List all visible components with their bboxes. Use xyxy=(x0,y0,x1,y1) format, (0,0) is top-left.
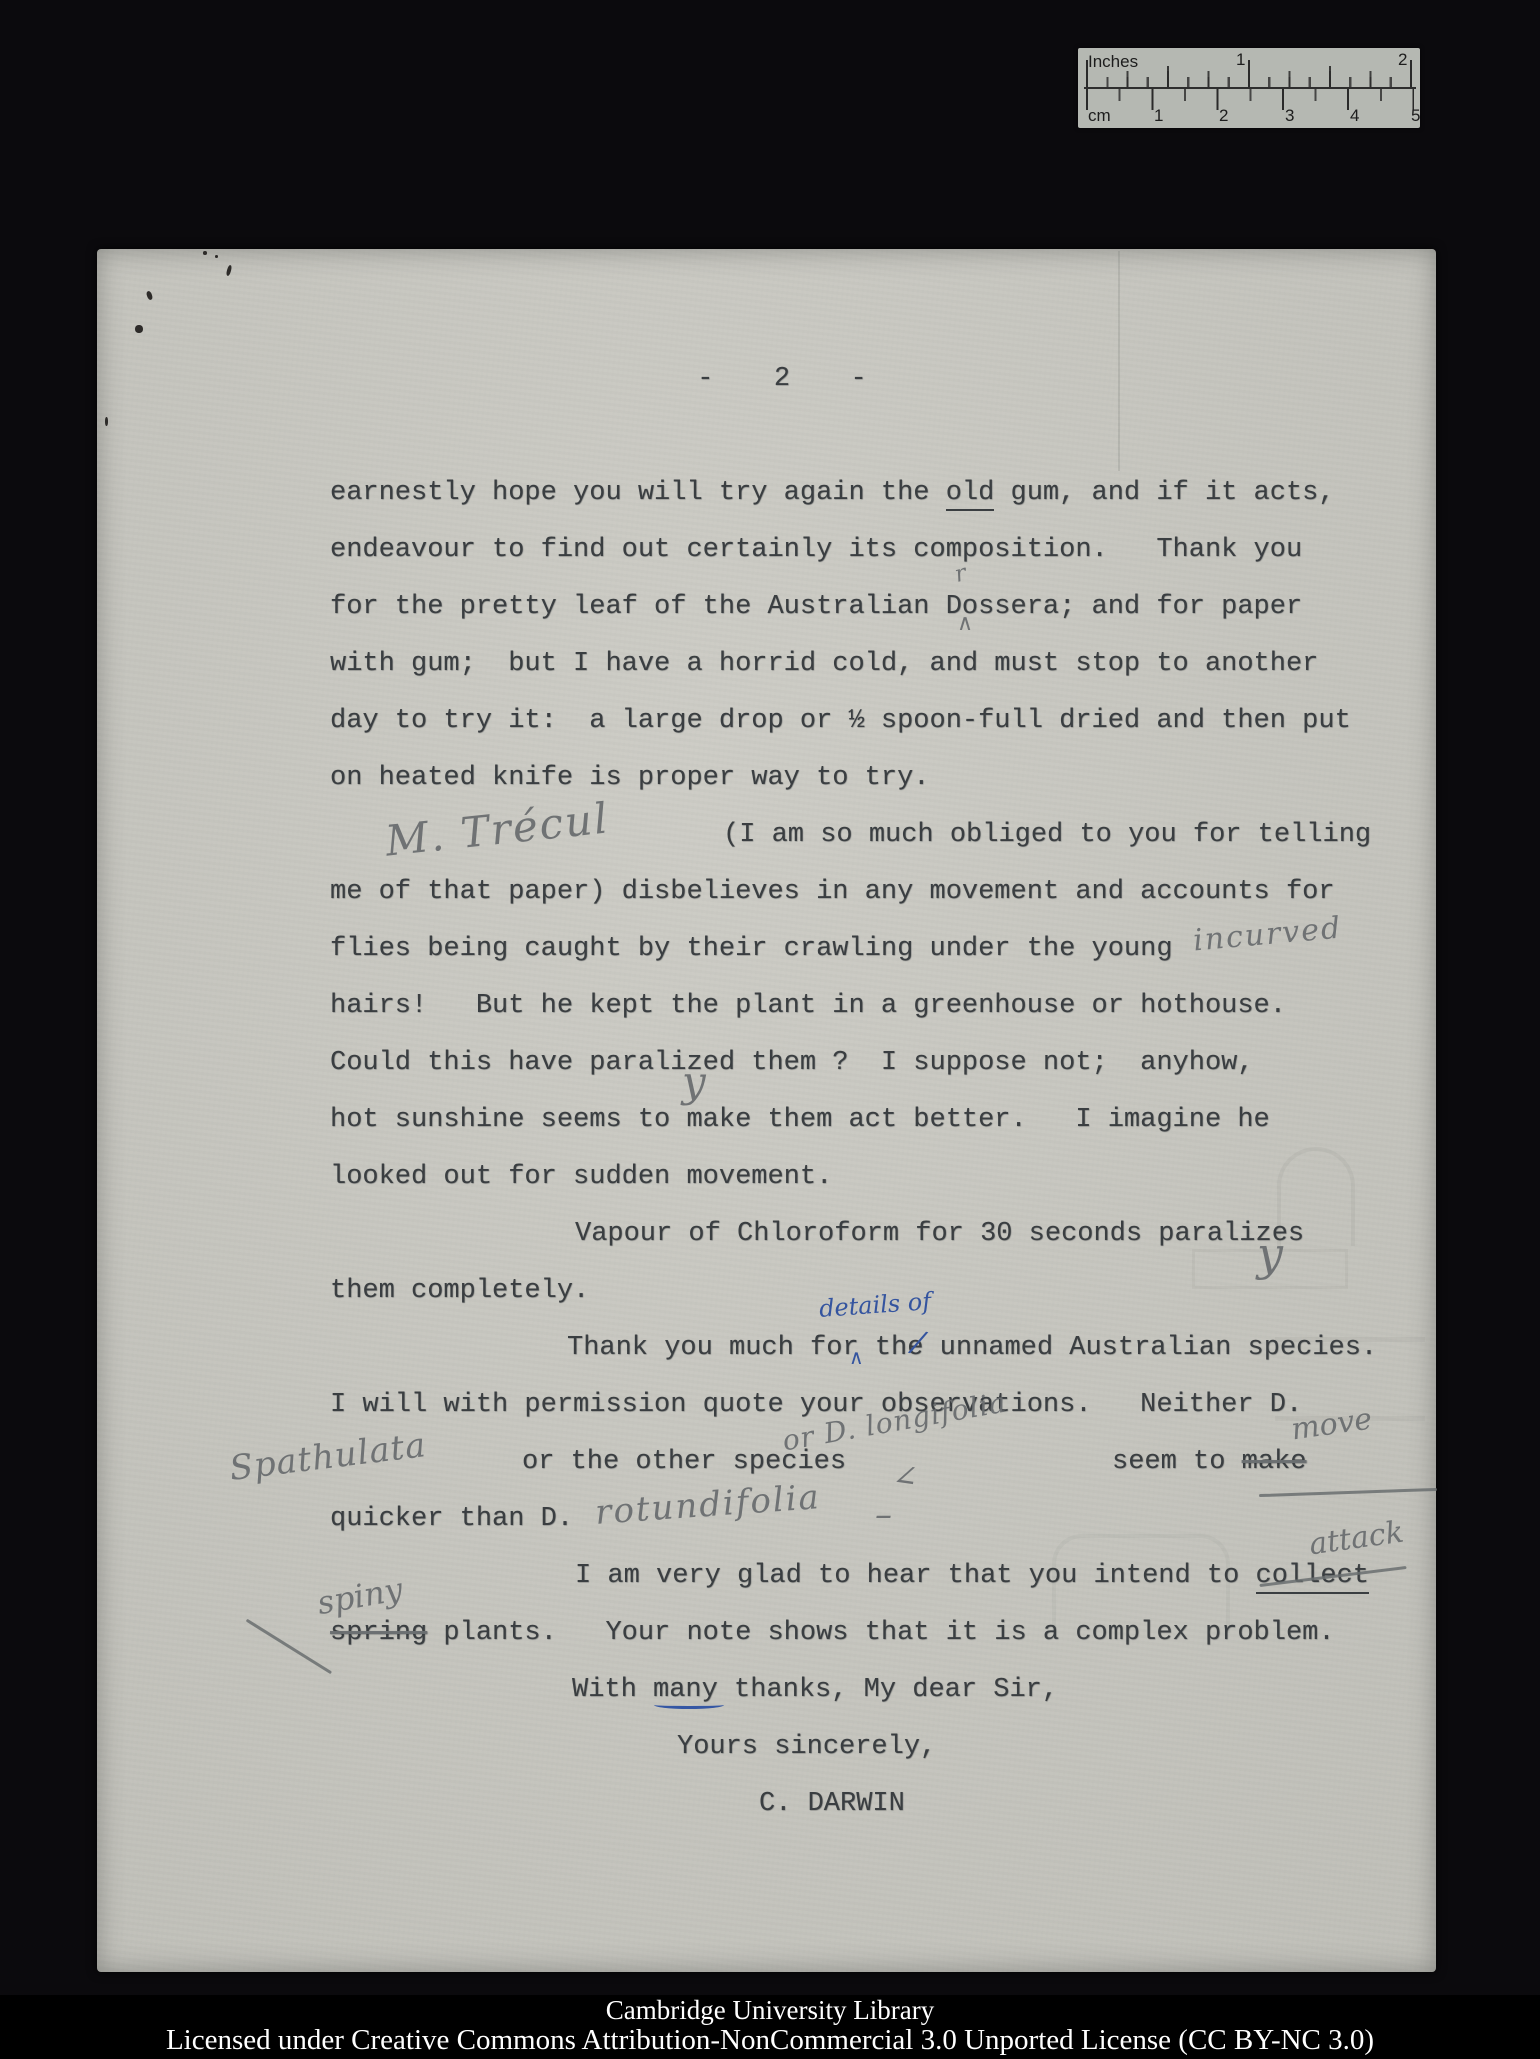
insertion-mark-species: ∠ xyxy=(891,1457,921,1495)
pencil-strike-tail-spring xyxy=(246,1619,332,1674)
typed-line-11: Could this have paralized them ? I suppo… xyxy=(330,1043,1254,1083)
ruler-cm-number: 2 xyxy=(1219,106,1228,126)
handwritten-incurved: incurved xyxy=(1192,911,1344,959)
typed-line-14: Vapour of Chloroform for 30 seconds para… xyxy=(575,1214,1304,1254)
typed-text: With xyxy=(572,1675,653,1705)
page-number: - 2 - xyxy=(672,359,892,399)
footer-license-text: Licensed under Creative Commons Attribut… xyxy=(0,2025,1540,2056)
ruler-ticks-inch xyxy=(1086,60,1414,87)
attribution-footer: Cambridge University Library Licensed un… xyxy=(0,1995,1540,2059)
handwritten-dash: – xyxy=(875,1495,892,1535)
typed-text: gum, and if it acts, xyxy=(994,478,1334,508)
typed-text: seem to xyxy=(1112,1447,1242,1477)
handwritten-y-paralizes: y xyxy=(1257,1227,1283,1281)
struck-word-spring: spring xyxy=(330,1618,427,1648)
footer-library-name: Cambridge University Library xyxy=(0,1995,1540,2025)
typed-line-05: day to try it: a large drop or ½ spoon-f… xyxy=(330,701,1351,741)
ruler-ticks-cm xyxy=(1086,89,1414,110)
typed-line-04: with gum; but I have a horrid cold, and … xyxy=(330,644,1318,684)
handwritten-spathulata: Spathulata xyxy=(227,1425,428,1489)
typed-line-15: them completely. xyxy=(330,1271,589,1311)
insertion-caret-dossera: ∧ xyxy=(957,611,973,636)
typed-line-02: endeavour to find out certainly its comp… xyxy=(330,530,1302,570)
typed-line-16: Thank you much for the unnamed Australia… xyxy=(567,1328,1377,1368)
ruler-cm-number: 1 xyxy=(1154,106,1163,126)
typed-text: plants. Your note shows that it is a com… xyxy=(427,1618,1334,1648)
ink-speck xyxy=(146,290,154,300)
typed-line-19: quicker than D. xyxy=(330,1499,573,1539)
handwritten-y-paralized: y xyxy=(682,1057,706,1106)
paper-crease xyxy=(1118,251,1120,471)
measurement-ruler: Inches cm 1 2 1 2 3 4 5 xyxy=(1078,48,1420,128)
typed-line-18-right: seem to make xyxy=(1112,1442,1306,1482)
typed-line-07: (I am so much obliged to you for telling xyxy=(723,815,1371,855)
typed-line-13: looked out for sudden movement. xyxy=(330,1157,832,1197)
ink-speck xyxy=(105,417,108,426)
typed-line-03: for the pretty leaf of the Australian Do… xyxy=(330,587,1302,627)
typed-line-12: hot sunshine seems to make them act bett… xyxy=(330,1100,1270,1140)
typed-line-23: Yours sincerely, xyxy=(677,1727,936,1767)
ink-speck xyxy=(226,265,233,277)
letter-page: - 2 - earnestly hope you will try again … xyxy=(97,249,1436,1972)
ruler-cm-number: 5 xyxy=(1411,106,1420,126)
handwritten-rotundifolia: rotundifolia xyxy=(594,1477,822,1533)
photograph-stage: Inches cm 1 2 1 2 3 4 5 - 2 - xyxy=(0,0,1540,2059)
typed-line-10: hairs! But he kept the plant in a greenh… xyxy=(330,986,1286,1026)
pencil-underline-make xyxy=(1259,1488,1437,1497)
typed-line-01: earnestly hope you will try again the ol… xyxy=(330,473,1335,513)
blue-underline-many xyxy=(654,1701,724,1709)
typed-line-09: flies being caught by their crawling und… xyxy=(330,929,1173,969)
typed-line-22: With many thanks, My dear Sir, xyxy=(572,1670,1058,1710)
struck-word-make: make xyxy=(1242,1447,1307,1477)
ink-speck xyxy=(135,325,143,333)
handwritten-trecul: M. Trécul xyxy=(383,793,612,865)
ink-speck xyxy=(215,255,218,258)
typed-line-06: on heated knife is proper way to try. xyxy=(330,758,930,798)
ruler-cm-number: 3 xyxy=(1285,106,1294,126)
ruler-cm-number: 4 xyxy=(1350,106,1359,126)
underlined-word-old: old xyxy=(946,478,995,511)
typed-text: earnestly hope you will try again the xyxy=(330,478,946,508)
signature-c-darwin: C. DARWIN xyxy=(759,1784,905,1824)
typed-text: thanks, My dear Sir, xyxy=(718,1675,1058,1705)
typed-line-08: me of that paper) disbelieves in any mov… xyxy=(330,872,1335,912)
typed-line-20: I am very glad to hear that you intend t… xyxy=(575,1556,1369,1596)
insertion-caret-blue: ∧ xyxy=(849,1345,864,1369)
typed-line-21: spring plants. Your note shows that it i… xyxy=(330,1613,1335,1653)
ink-speck xyxy=(203,251,207,255)
handwritten-attack: attack xyxy=(1307,1515,1406,1563)
typed-text: I am very glad to hear that you intend t… xyxy=(575,1561,1256,1591)
handwritten-details-of: details of xyxy=(818,1287,932,1323)
